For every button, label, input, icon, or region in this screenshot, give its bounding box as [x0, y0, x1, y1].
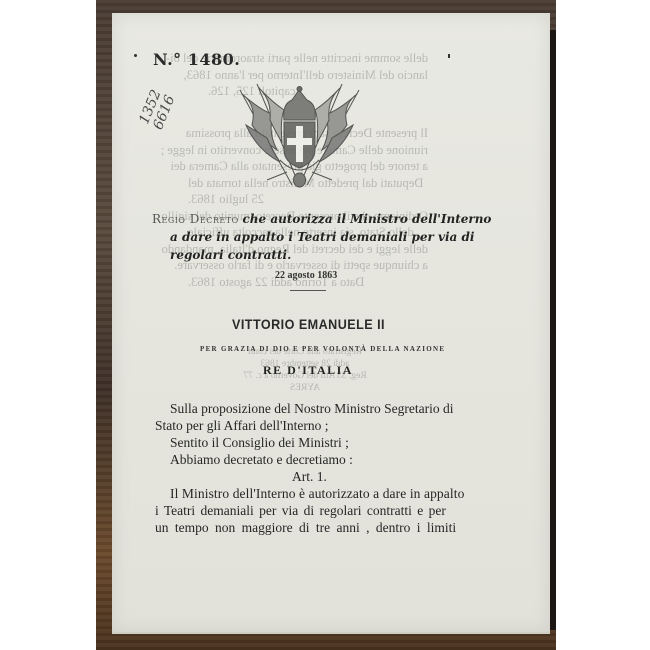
king-name-heading: VITTORIO EMANUELE II	[232, 316, 385, 332]
body-line: Il Ministro dell'Interno è autorizzato a…	[170, 486, 464, 502]
decree-date: 22 agosto 1863	[275, 270, 337, 281]
decree-prefix: Regio Decreto	[152, 212, 239, 226]
coat-of-arms-icon	[232, 80, 367, 192]
grace-line: PER GRAZIA DI DIO E PER VOLONTÀ DELLA NA…	[200, 345, 445, 353]
body-line: Abbiamo decretato e decretiamo :	[170, 452, 353, 468]
body-line: Stato per gli Affari dell'Interno ;	[155, 418, 329, 434]
ink-speck	[448, 54, 450, 58]
ink-speck	[134, 54, 137, 57]
body-line: un tempo non maggiore di tre anni , dent…	[155, 520, 456, 536]
body-line: i Teatri demaniali per via di regolari c…	[155, 503, 446, 519]
document-number: N.° 1480.	[153, 50, 240, 69]
body-line: Sentito il Consiglio dei Ministri ;	[170, 435, 349, 451]
decree-title-line-1: Regio Decreto che autorizza il Ministro …	[152, 212, 491, 226]
decree-title-line-2: a dare in appalto i Teatri demaniali per…	[170, 230, 474, 244]
body-line: Sulla proposizione del Nostro Ministro S…	[170, 401, 453, 417]
divider	[290, 290, 326, 291]
article-heading: Art. 1.	[292, 469, 327, 485]
decree-title-line-3: regolari contratti.	[170, 248, 291, 262]
decree-title-text: che autorizza il Ministro dell'Interno	[242, 212, 491, 226]
king-title: RE D'ITALIA	[263, 363, 353, 378]
